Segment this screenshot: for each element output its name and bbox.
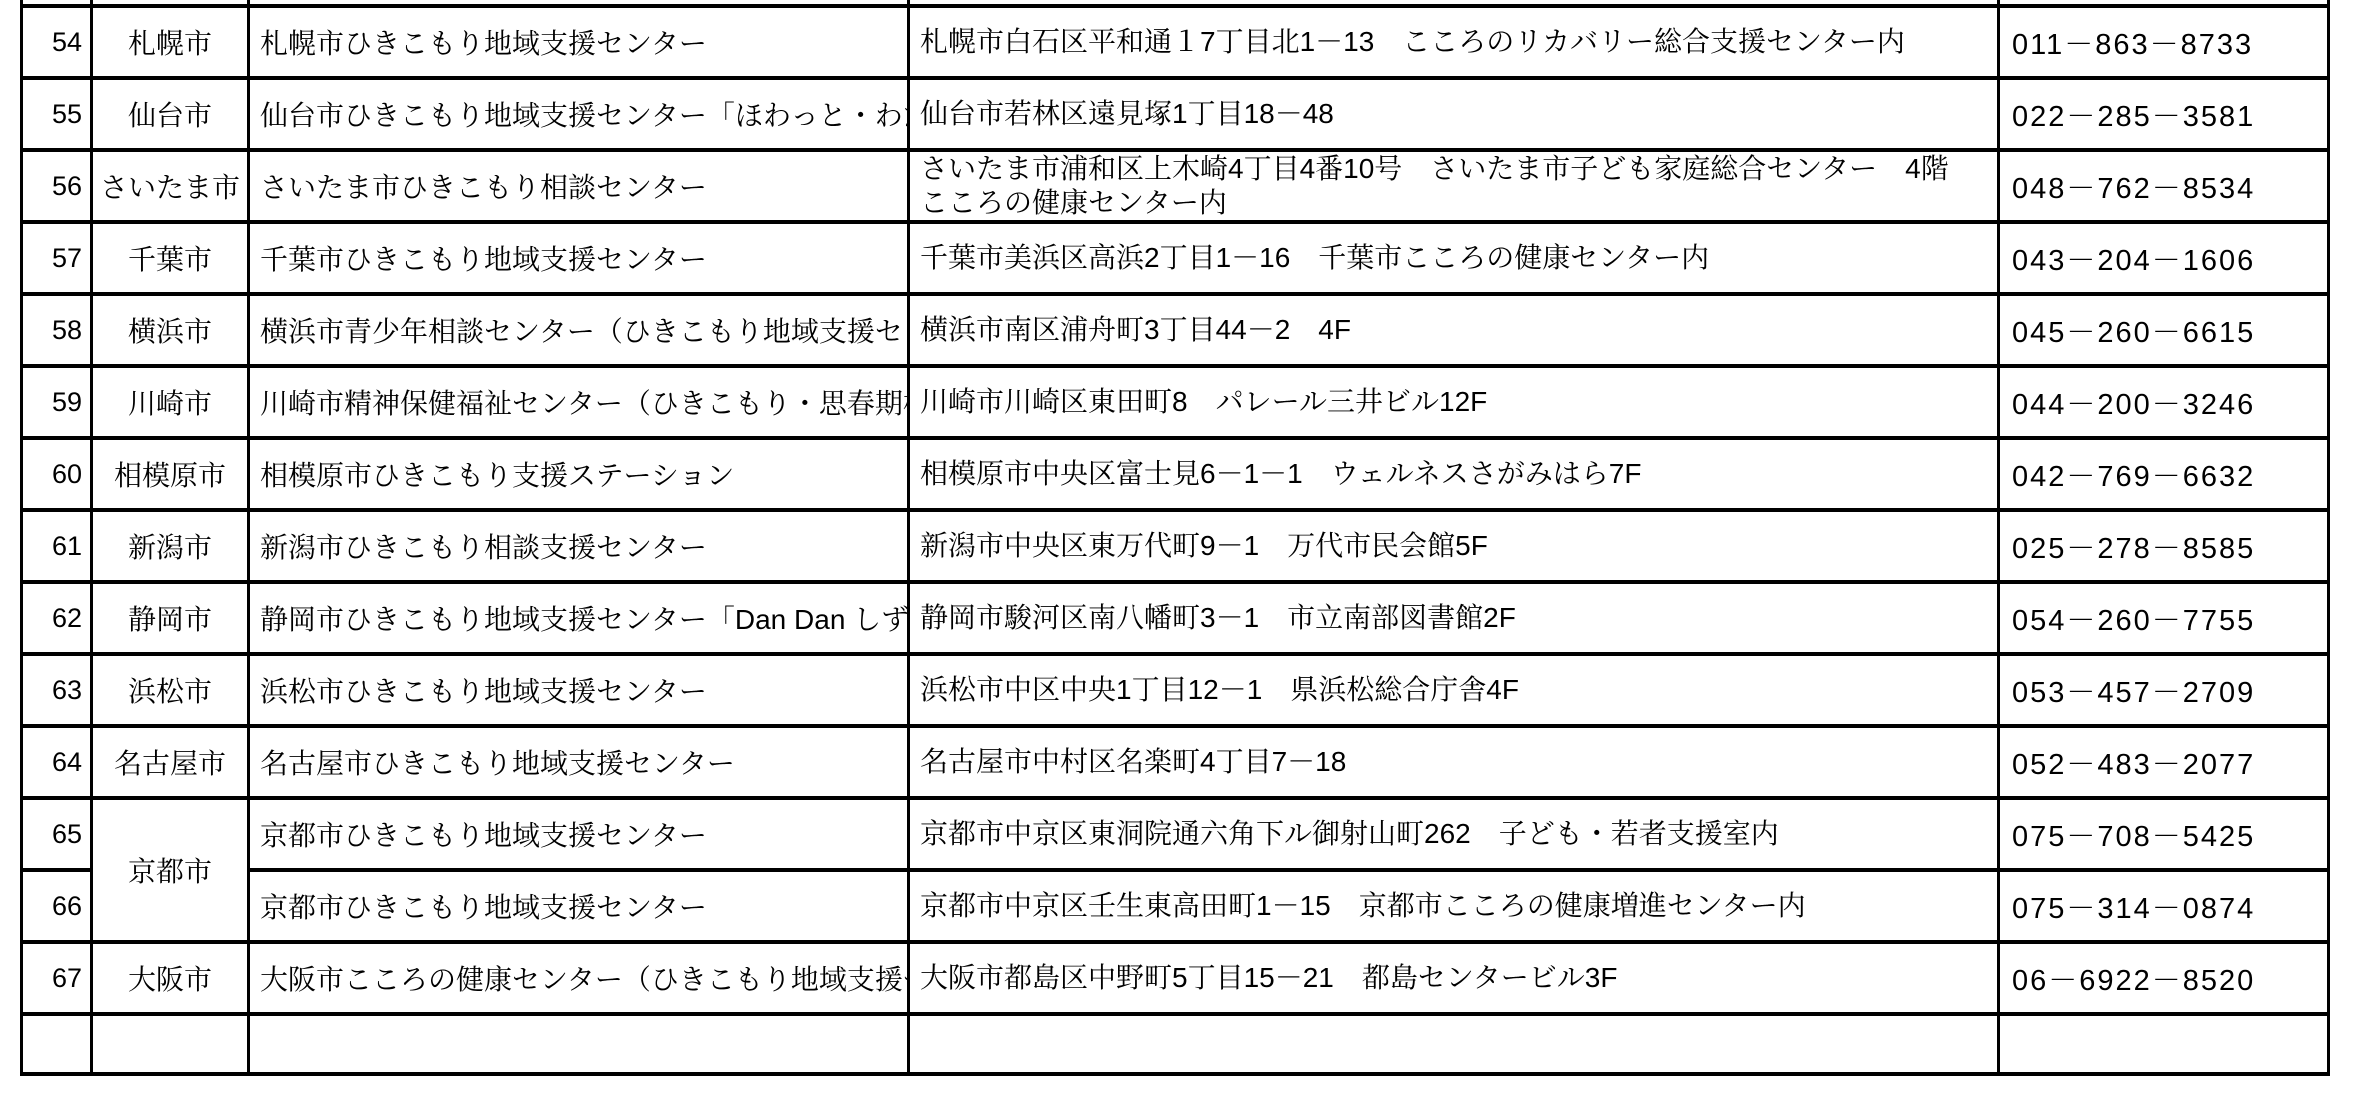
- center-name-cell: 京都市ひきこもり地域支援センター: [249, 870, 909, 942]
- row-number-cell: 60: [22, 438, 92, 510]
- center-name-cell: 名古屋市ひきこもり地域支援センター: [249, 726, 909, 798]
- city-cell: 川崎市: [92, 366, 249, 438]
- center-name-cell: 川崎市精神保健福祉センター（ひきこもり・思春期相談）: [249, 366, 909, 438]
- address-cell: 川崎市川崎区東田町8 パレール三井ビル12F: [909, 366, 1999, 438]
- row-number-cell: 54: [22, 6, 92, 78]
- center-name-cell: 札幌市ひきこもり地域支援センター: [249, 6, 909, 78]
- phone-cell: 043－204－1606: [1999, 222, 2329, 294]
- address-cell: 千葉市美浜区高浜2丁目1－16 千葉市こころの健康センター内: [909, 222, 1999, 294]
- empty-cell: [909, 1014, 1999, 1074]
- city-cell: 浜松市: [92, 654, 249, 726]
- address-cell: 京都市中京区壬生東高田町1－15 京都市こころの健康増進センター内: [909, 870, 1999, 942]
- empty-cell: [1999, 1014, 2329, 1074]
- table-row: 64 名古屋市 名古屋市ひきこもり地域支援センター 名古屋市中村区名楽町4丁目7…: [22, 726, 2329, 798]
- phone-cell: 045－260－6615: [1999, 294, 2329, 366]
- city-cell: 仙台市: [92, 78, 249, 150]
- row-number-cell: 67: [22, 942, 92, 1014]
- phone-cell: 075－708－5425: [1999, 798, 2329, 870]
- row-number-cell: 63: [22, 654, 92, 726]
- empty-cell: [249, 1014, 909, 1074]
- table-row-partial-bottom: [22, 1014, 2329, 1074]
- center-name-cell: 静岡市ひきこもり地域支援センター「Dan Dan しずおか」: [249, 582, 909, 654]
- row-number-cell: 57: [22, 222, 92, 294]
- address-cell: 浜松市中区中央1丁目12－1 県浜松総合庁舎4F: [909, 654, 1999, 726]
- center-name-cell: 横浜市青少年相談センター（ひきこもり地域支援センター）: [249, 294, 909, 366]
- table-row: 66 京都市ひきこもり地域支援センター 京都市中京区壬生東高田町1－15 京都市…: [22, 870, 2329, 942]
- table-row: 63 浜松市 浜松市ひきこもり地域支援センター 浜松市中区中央1丁目12－1 県…: [22, 654, 2329, 726]
- row-number-cell: 62: [22, 582, 92, 654]
- table-row: 60 相模原市 相模原市ひきこもり支援ステーション 相模原市中央区富士見6－1－…: [22, 438, 2329, 510]
- phone-cell: 048－762－8534: [1999, 150, 2329, 222]
- center-name-cell: 仙台市ひきこもり地域支援センター「ほわっと・わたげ」: [249, 78, 909, 150]
- support-center-table: 54 札幌市 札幌市ひきこもり地域支援センター 札幌市白石区平和通１7丁目北1－…: [20, 0, 2330, 1076]
- phone-cell: 025－278－8585: [1999, 510, 2329, 582]
- row-number-cell: 66: [22, 870, 92, 942]
- phone-cell: 075－314－0874: [1999, 870, 2329, 942]
- address-cell: 名古屋市中村区名楽町4丁目7－18: [909, 726, 1999, 798]
- empty-cell: [92, 1014, 249, 1074]
- center-name-cell: 新潟市ひきこもり相談支援センター: [249, 510, 909, 582]
- center-name-cell: 浜松市ひきこもり地域支援センター: [249, 654, 909, 726]
- row-number-cell: 65: [22, 798, 92, 870]
- table-row: 56 さいたま市 さいたま市ひきこもり相談センター さいたま市浦和区上木崎4丁目…: [22, 150, 2329, 222]
- phone-cell: 011－863－8733: [1999, 6, 2329, 78]
- city-cell: 大阪市: [92, 942, 249, 1014]
- table-row: 58 横浜市 横浜市青少年相談センター（ひきこもり地域支援センター） 横浜市南区…: [22, 294, 2329, 366]
- table-row: 67 大阪市 大阪市こころの健康センター（ひきこもり地域支援センター） 大阪市都…: [22, 942, 2329, 1014]
- address-cell: 仙台市若林区遠見塚1丁目18－48: [909, 78, 1999, 150]
- address-cell: 新潟市中央区東万代町9－1 万代市民会館5F: [909, 510, 1999, 582]
- phone-cell: 06－6922－8520: [1999, 942, 2329, 1014]
- row-number-cell: 55: [22, 78, 92, 150]
- row-number-cell: 59: [22, 366, 92, 438]
- city-cell: さいたま市: [92, 150, 249, 222]
- table-row: 65 京都市 京都市ひきこもり地域支援センター 京都市中京区東洞院通六角下ル御射…: [22, 798, 2329, 870]
- phone-cell: 052－483－2077: [1999, 726, 2329, 798]
- center-name-cell: 大阪市こころの健康センター（ひきこもり地域支援センター）: [249, 942, 909, 1014]
- city-cell-merged: 京都市: [92, 798, 249, 942]
- center-name-cell: 相模原市ひきこもり支援ステーション: [249, 438, 909, 510]
- row-number-cell: 58: [22, 294, 92, 366]
- row-number-cell: 61: [22, 510, 92, 582]
- center-name-cell: 京都市ひきこもり地域支援センター: [249, 798, 909, 870]
- address-cell: 札幌市白石区平和通１7丁目北1－13 こころのリカバリー総合支援センター内: [909, 6, 1999, 78]
- phone-cell: 044－200－3246: [1999, 366, 2329, 438]
- row-number-cell: 64: [22, 726, 92, 798]
- address-cell: 相模原市中央区富士見6－1－1 ウェルネスさがみはら7F: [909, 438, 1999, 510]
- phone-cell: 054－260－7755: [1999, 582, 2329, 654]
- center-name-cell: 千葉市ひきこもり地域支援センター: [249, 222, 909, 294]
- city-cell: 名古屋市: [92, 726, 249, 798]
- address-cell: 大阪市都島区中野町5丁目15－21 都島センタービル3F: [909, 942, 1999, 1014]
- table-row: 57 千葉市 千葉市ひきこもり地域支援センター 千葉市美浜区高浜2丁目1－16 …: [22, 222, 2329, 294]
- table-row: 55 仙台市 仙台市ひきこもり地域支援センター「ほわっと・わたげ」 仙台市若林区…: [22, 78, 2329, 150]
- city-cell: 千葉市: [92, 222, 249, 294]
- city-cell: 横浜市: [92, 294, 249, 366]
- table-row: 59 川崎市 川崎市精神保健福祉センター（ひきこもり・思春期相談） 川崎市川崎区…: [22, 366, 2329, 438]
- phone-cell: 042－769－6632: [1999, 438, 2329, 510]
- table-row: 61 新潟市 新潟市ひきこもり相談支援センター 新潟市中央区東万代町9－1 万代…: [22, 510, 2329, 582]
- city-cell: 静岡市: [92, 582, 249, 654]
- address-cell: 静岡市駿河区南八幡町3－1 市立南部図書館2F: [909, 582, 1999, 654]
- empty-cell: [22, 1014, 92, 1074]
- city-cell: 新潟市: [92, 510, 249, 582]
- page-background: 54 札幌市 札幌市ひきこもり地域支援センター 札幌市白石区平和通１7丁目北1－…: [0, 0, 2360, 1093]
- row-number-cell: 56: [22, 150, 92, 222]
- center-name-cell: さいたま市ひきこもり相談センター: [249, 150, 909, 222]
- table-row: 62 静岡市 静岡市ひきこもり地域支援センター「Dan Dan しずおか」 静岡…: [22, 582, 2329, 654]
- address-cell: 京都市中京区東洞院通六角下ル御射山町262 子ども・若者支援室内: [909, 798, 1999, 870]
- phone-cell: 053－457－2709: [1999, 654, 2329, 726]
- address-cell: さいたま市浦和区上木崎4丁目4番10号 さいたま市子ども家庭総合センター 4階 …: [909, 150, 1999, 222]
- city-cell: 札幌市: [92, 6, 249, 78]
- table-row: 54 札幌市 札幌市ひきこもり地域支援センター 札幌市白石区平和通１7丁目北1－…: [22, 6, 2329, 78]
- city-cell: 相模原市: [92, 438, 249, 510]
- phone-cell: 022－285－3581: [1999, 78, 2329, 150]
- address-cell: 横浜市南区浦舟町3丁目44－2 4F: [909, 294, 1999, 366]
